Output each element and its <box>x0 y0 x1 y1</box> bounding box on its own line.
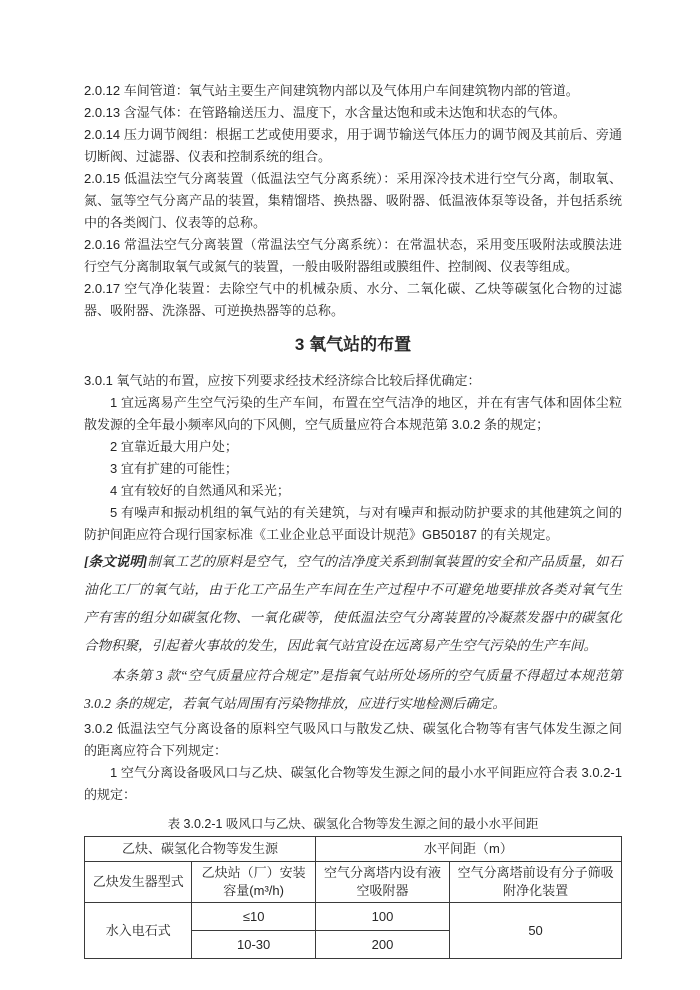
commentary-para-2: 本条第 3 款“空气质量应符合规定”是指氧气站所处场所的空气质量不得超过本规范第… <box>84 662 622 718</box>
group-header-distance: 水平间距（m） <box>315 837 621 862</box>
definition-2-0-16: 2.0.16 常温法空气分离装置（常温法空气分离系统）：在常温状态，采用变压吸附… <box>84 234 622 278</box>
definition-2-0-13: 2.0.13 含湿气体：在管路输送压力、温度下，水含量达饱和或未达饱和状态的气体… <box>84 102 622 124</box>
clause-3-0-1-lead: 3.0.1 氧气站的布置，应按下列要求经技术经济综合比较后择优确定： <box>84 370 622 392</box>
clause-3-0-1-item-5: 5 有噪声和振动机组的氧气站的有关建筑，与对有噪声和振动防护要求的其他建筑之间的… <box>84 502 622 546</box>
clause-3-0-2-lead: 3.0.2 低温法空气分离设备的原料空气吸风口与散发乙炔、碳氢化合物等有害气体发… <box>84 718 622 762</box>
clause-3-0-1-item-2: 2 宜靠近最大用户处； <box>84 436 622 458</box>
cell-capacity-1: ≤10 <box>192 903 316 931</box>
col-header-molecular-sieve: 空气分离塔前设有分子筛吸附净化装置 <box>450 862 622 903</box>
table-caption: 表 3.0.2-1 吸风口与乙炔、碳氢化合物等发生源之间的最小水平间距 <box>84 816 622 832</box>
col-header-install-capacity: 乙炔站（厂）安装容量(m³/h) <box>192 862 316 903</box>
clause-3-0-1-item-3: 3 宜有扩建的可能性； <box>84 458 622 480</box>
cell-capacity-2: 10-30 <box>192 931 316 959</box>
col-header-liquid-air-adsorber: 空气分离塔内设有液空吸附器 <box>315 862 449 903</box>
clause-3-0-1-item-1: 1 宜远离易产生空气污染的生产车间，布置在空气洁净的地区，并在有害气体和固体尘粒… <box>84 392 622 436</box>
definition-2-0-17: 2.0.17 空气净化装置：去除空气中的机械杂质、水分、二氧化碳、乙炔等碳氢化合… <box>84 278 622 322</box>
document-page: 2.0.12 车间管道：氧气站主要生产间建筑物内部以及气体用户车间建筑物内部的管… <box>0 0 700 990</box>
col-header-generator-type: 乙炔发生器型式 <box>85 862 192 903</box>
table-row: 水入电石式 ≤10 100 50 <box>85 903 622 931</box>
definition-2-0-15: 2.0.15 低温法空气分离装置（低温法空气分离系统）：采用深冷技术进行空气分离… <box>84 168 622 234</box>
cell-distance-2: 200 <box>315 931 449 959</box>
commentary-text-1: 制氧工艺的原料是空气，空气的洁净度关系到制氧装置的安全和产品质量，如石油化工厂的… <box>84 554 622 653</box>
commentary-label: [条文说明] <box>84 554 147 569</box>
definition-2-0-12: 2.0.12 车间管道：氧气站主要生产间建筑物内部以及气体用户车间建筑物内部的管… <box>84 80 622 102</box>
table-column-header-row: 乙炔发生器型式 乙炔站（厂）安装容量(m³/h) 空气分离塔内设有液空吸附器 空… <box>85 862 622 903</box>
clause-3-0-1-item-4: 4 宜有较好的自然通风和采光； <box>84 480 622 502</box>
cell-merged-distance: 50 <box>450 903 622 959</box>
min-horizontal-distance-table: 乙炔、碳氢化合物等发生源 水平间距（m） 乙炔发生器型式 乙炔站（厂）安装容量(… <box>84 836 622 959</box>
commentary-para-1: [条文说明]制氧工艺的原料是空气，空气的洁净度关系到制氧装置的安全和产品质量，如… <box>84 548 622 660</box>
chapter-heading: 3 氧气站的布置 <box>84 333 622 357</box>
cell-distance-1: 100 <box>315 903 449 931</box>
definition-2-0-14: 2.0.14 压力调节阀组：根据工艺或使用要求，用于调节输送气体压力的调节阀及其… <box>84 124 622 168</box>
clause-3-0-2-item-1: 1 空气分离设备吸风口与乙炔、碳氢化合物等发生源之间的最小水平间距应符合表 3.… <box>84 762 622 806</box>
table-group-header-row: 乙炔、碳氢化合物等发生源 水平间距（m） <box>85 837 622 862</box>
group-header-source: 乙炔、碳氢化合物等发生源 <box>85 837 316 862</box>
row-label-water-carbide: 水入电石式 <box>85 903 192 959</box>
